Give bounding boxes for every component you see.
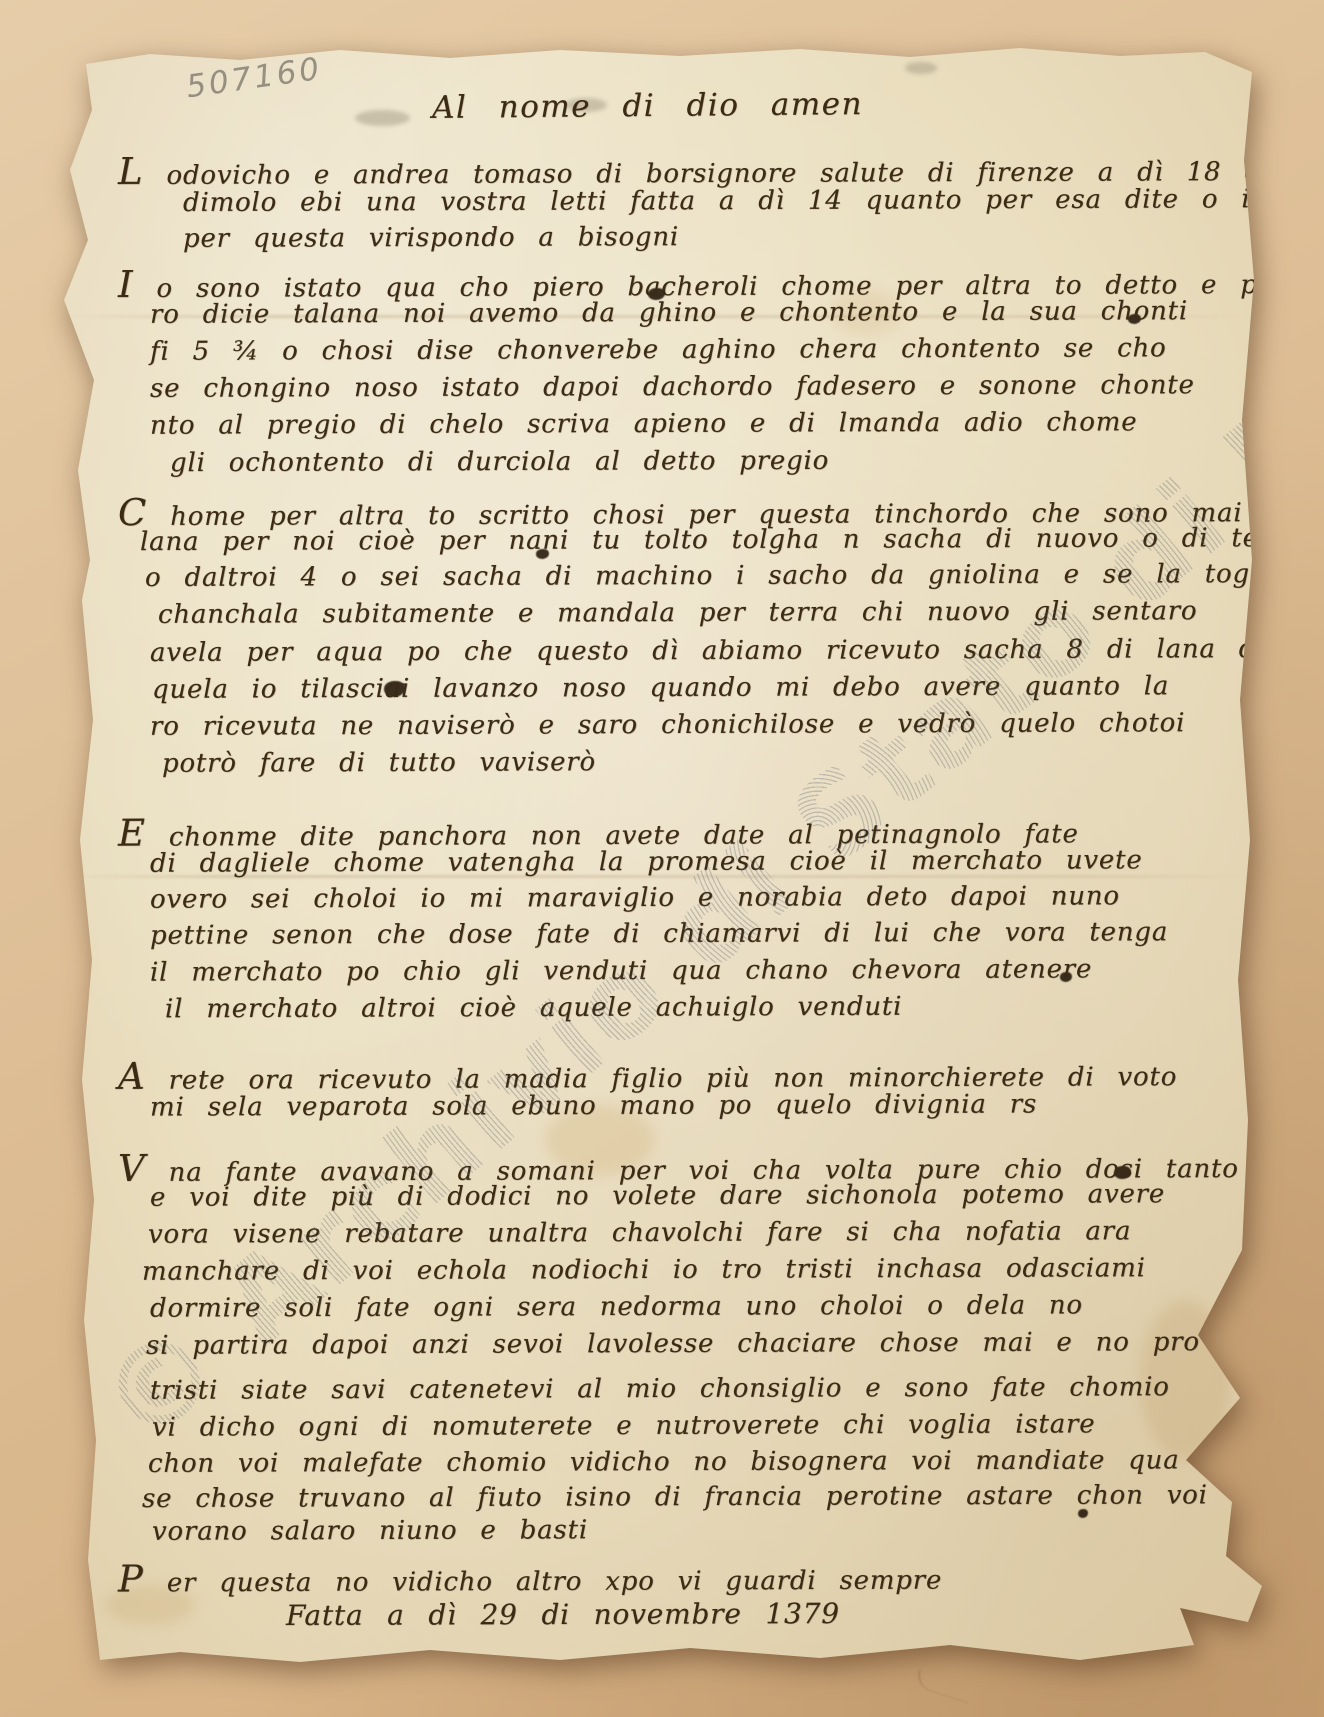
manuscript-line: nto al pregio di chelo scriva apieno e d…: [150, 407, 1137, 440]
manuscript-line: vorano salaro niuno e basti: [152, 1515, 588, 1547]
pencil-smudge: [355, 110, 410, 126]
manuscript-line: ro dicie talana noi avemo da ghino e cho…: [150, 296, 1188, 330]
manuscript-line: chon voi malefate chomio vidicho no biso…: [148, 1445, 1249, 1479]
manuscript-line: fi 5 ¾ o chosi dise chonverebe aghino ch…: [150, 333, 1167, 367]
invocation-heading: Al nome di dio amen: [432, 86, 863, 126]
manuscript-line: gli ochontento di durciola al detto preg…: [170, 446, 829, 478]
manuscript-line: se chose truvano al fiuto isino di franc…: [142, 1480, 1304, 1514]
manuscript-line: se chongino noso istato dapoi dachordo f…: [150, 370, 1195, 404]
manuscript-line: P er questa no vidicho altro xpo vi guar…: [118, 1555, 942, 1601]
manuscript-line: di dagliele chome vatengha la promesa ci…: [150, 845, 1143, 878]
pencil-smudge: [905, 62, 937, 74]
scanned-letter-photo: 507160 Al nome di dio amen L odovicho e …: [0, 0, 1324, 1717]
manuscript-line: vi dicho ogni di nomuterete e nutroveret…: [152, 1409, 1096, 1442]
paper-shadow-wrap: 507160 Al nome di dio amen L odovicho e …: [0, 0, 1324, 1717]
archive-number: 507160: [184, 51, 324, 106]
manuscript-line: per questa virispondo a bisogni: [183, 222, 679, 254]
manuscript-line: Fatta a dì 29 di novembre 1379: [286, 1597, 840, 1632]
manuscript-page: 507160 Al nome di dio amen L odovicho e …: [0, 0, 1324, 1717]
manuscript-line: dimolo ebi una vostra letti fatta a dì 1…: [183, 184, 1324, 218]
manuscript-line: potrò fare di tutto vaviserò: [162, 747, 596, 779]
manuscript-line: tristi siate savi catenetevi al mio chon…: [150, 1372, 1170, 1406]
